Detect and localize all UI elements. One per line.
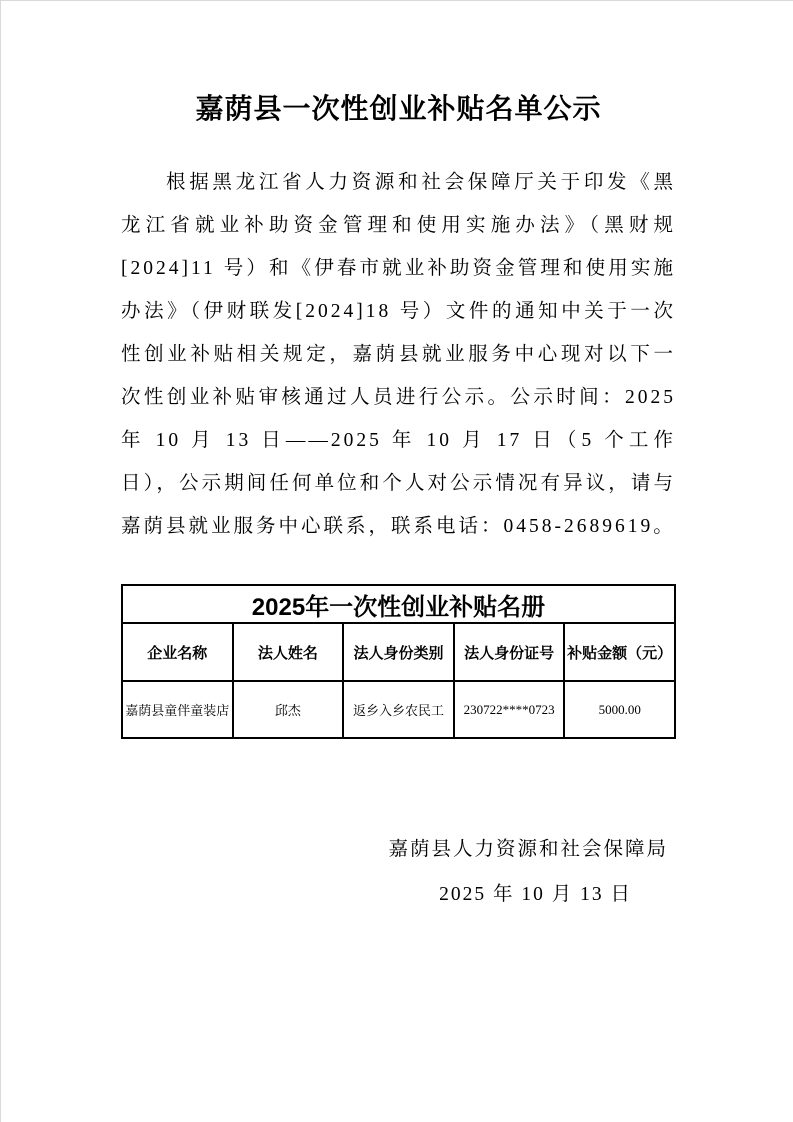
cell-id-number: 230722****0723: [454, 681, 565, 738]
table-row: 嘉荫县童伴童装店 邱杰 返乡入乡农民工 230722****0723 5000.…: [122, 681, 675, 738]
signature-block: 嘉荫县人力资源和社会保障局 2025 年 10 月 13 日: [121, 827, 676, 917]
cell-subsidy-amount: 5000.00: [564, 681, 675, 738]
header-id-number: 法人身份证号: [454, 623, 565, 681]
header-subsidy-amount: 补贴金额（元）: [564, 623, 675, 681]
document-page: 嘉荫县一次性创业补贴名单公示 根据黑龙江省人力资源和社会保障厅关于印发《黑龙江省…: [0, 0, 793, 1122]
cell-identity-category: 返乡入乡农民工: [343, 681, 454, 738]
subsidy-roster-table: 2025年一次性创业补贴名册 企业名称 法人姓名 法人身份类别 法人身份证号 补…: [121, 584, 676, 739]
signature-date: 2025 年 10 月 13 日: [121, 872, 676, 917]
header-legal-person-name: 法人姓名: [233, 623, 344, 681]
cell-company-name: 嘉荫县童伴童装店: [122, 681, 233, 738]
header-identity-category: 法人身份类别: [343, 623, 454, 681]
cell-legal-person-name: 邱杰: [233, 681, 344, 738]
header-company-name: 企业名称: [122, 623, 233, 681]
roster-table-title: 2025年一次性创业补贴名册: [122, 585, 675, 623]
document-body-paragraph: 根据黑龙江省人力资源和社会保障厅关于印发《黑龙江省就业补助资金管理和使用实施办法…: [121, 161, 676, 548]
signature-organization: 嘉荫县人力资源和社会保障局: [121, 827, 676, 872]
document-title: 嘉荫县一次性创业补贴名单公示: [121, 89, 676, 129]
roster-header-row: 企业名称 法人姓名 法人身份类别 法人身份证号 补贴金额（元）: [122, 623, 675, 681]
roster-title-row: 2025年一次性创业补贴名册: [122, 585, 675, 623]
